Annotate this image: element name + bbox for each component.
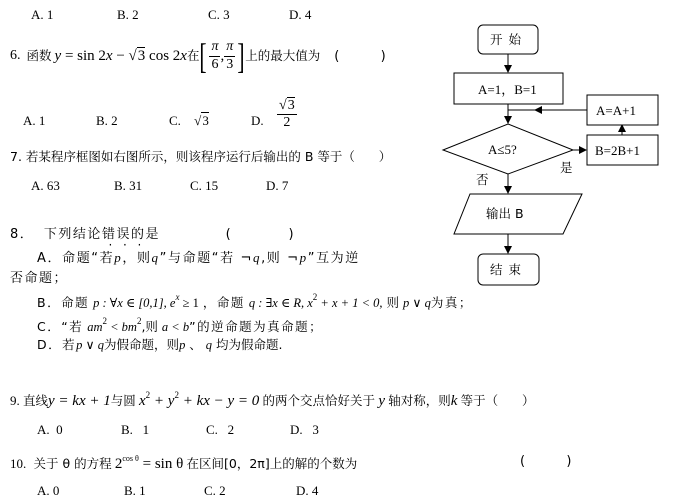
program-flowchart (0, 0, 681, 501)
flowchart-output-label: 输出 B (486, 208, 524, 221)
flowchart-start-label: 开 始 (490, 34, 522, 47)
flowchart-init-label: A=1，B=1 (478, 83, 537, 96)
flowchart-step-b-label: B=2B+1 (595, 144, 640, 157)
flowchart-end-label: 结 束 (490, 264, 522, 277)
flowchart-yes-label: 是 (560, 162, 573, 175)
flowchart-step-a-label: A=A+1 (596, 104, 636, 117)
flowchart-condition-label: A≤5? (488, 143, 517, 156)
flowchart-no-label: 否 (476, 174, 489, 187)
